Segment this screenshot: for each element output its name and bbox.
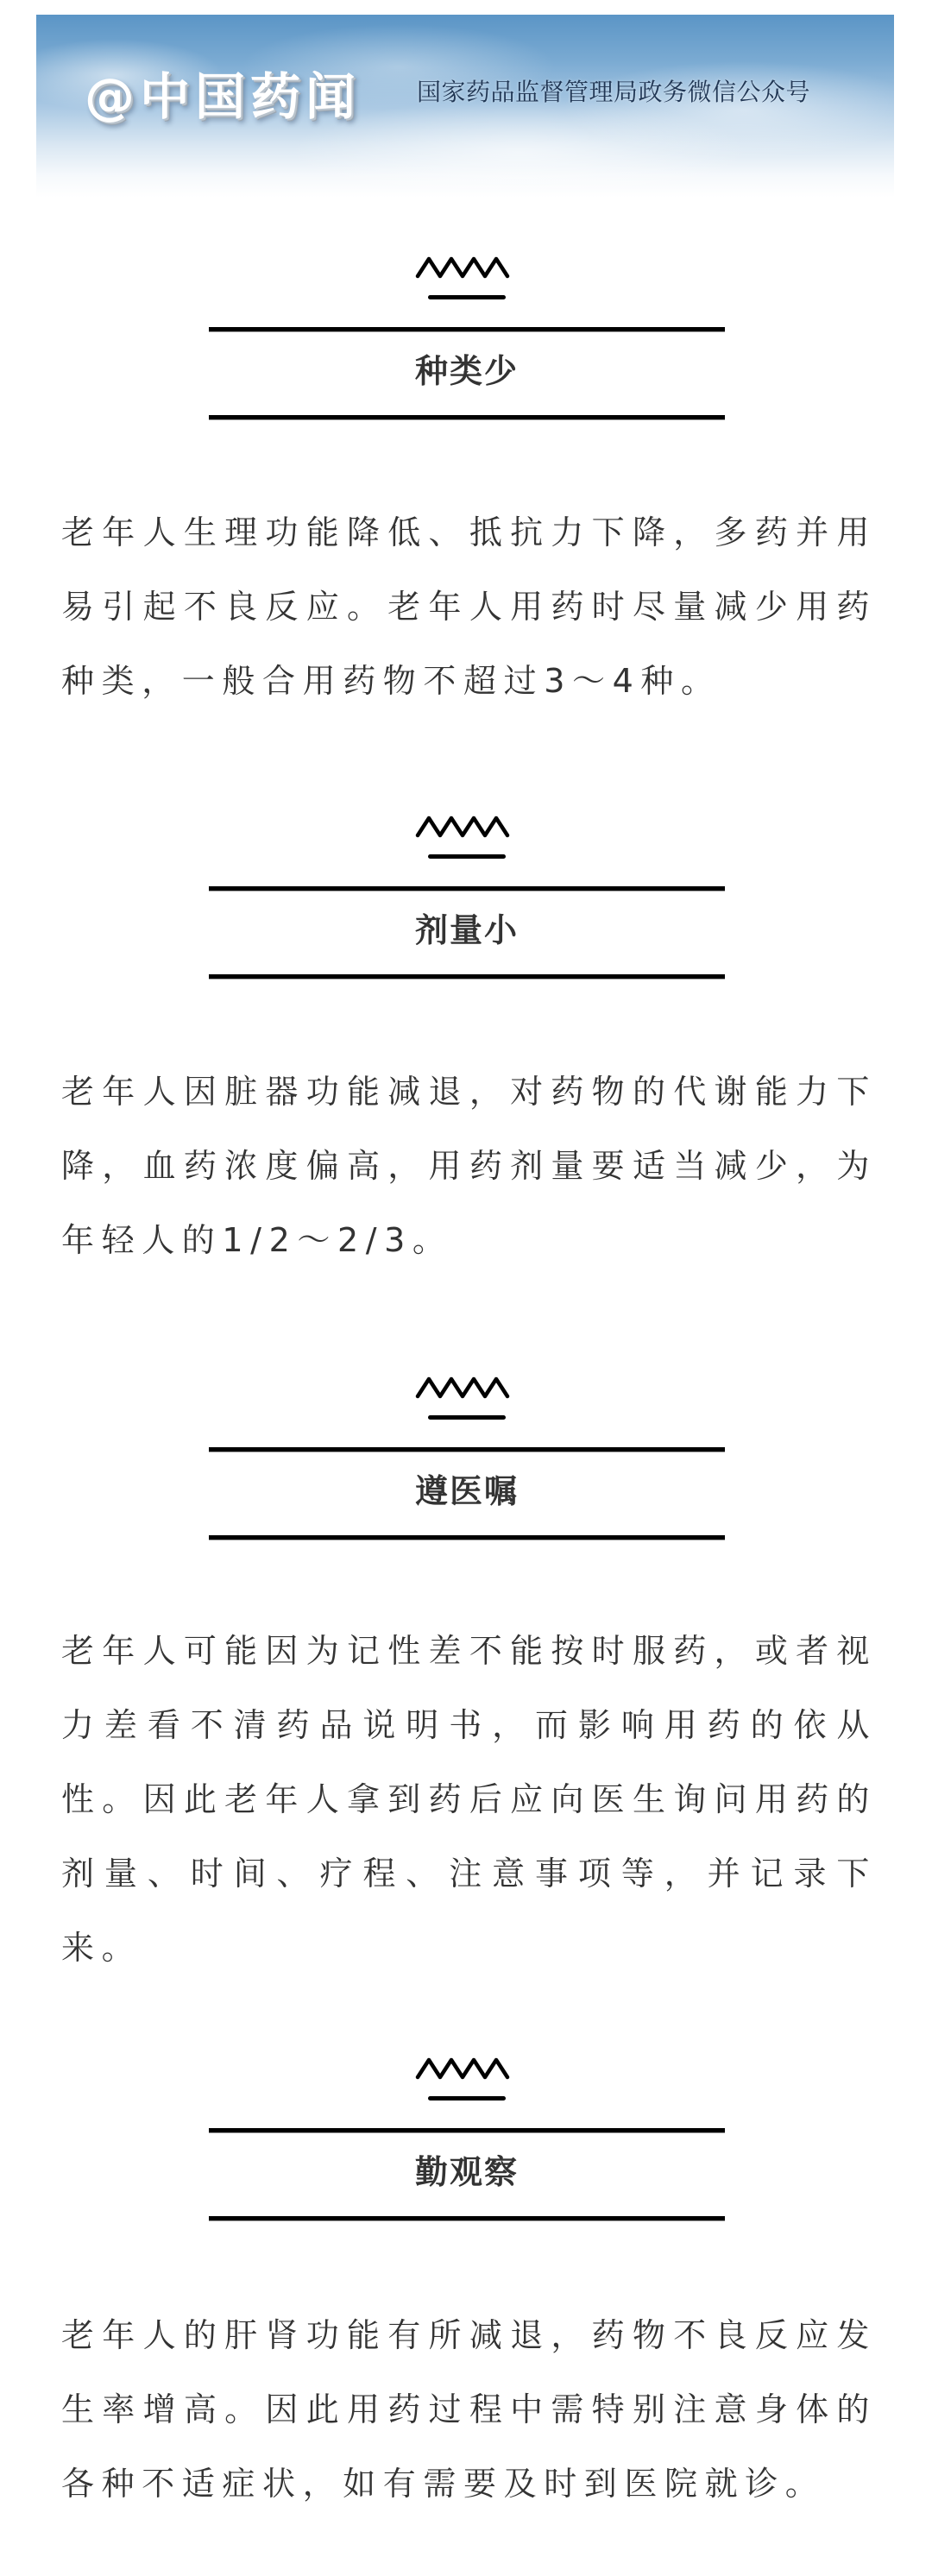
section-rule-bottom — [209, 2216, 725, 2220]
section-title: 遵医嘱 — [209, 1471, 725, 1511]
zigzag-wave-icon — [414, 1376, 518, 1400]
section-rule-top — [209, 327, 725, 331]
brand-logo: @中国药闻 — [85, 56, 361, 129]
section-rule-top — [209, 2128, 725, 2132]
section-title: 种类少 — [209, 351, 725, 391]
section-body-3: 老年人可能因为记性差不能按时服药，或者视力差看不清药品说明书，而影响用药的依从性… — [61, 1614, 877, 1985]
divider-dash — [428, 1415, 506, 1420]
banner-subtitle: 国家药品监督管理局政务微信公众号 — [417, 73, 810, 108]
section-header-1: 种类少 — [0, 255, 932, 419]
section-header-3: 遵医嘱 — [0, 1376, 932, 1540]
section-title: 剂量小 — [209, 910, 725, 950]
section-body-1: 老年人生理功能降低、抵抗力下降，多药并用易引起不良反应。老年人用药时尽量减少用药… — [61, 495, 877, 718]
section-rule-top — [209, 886, 725, 891]
section-header-2: 剂量小 — [0, 815, 932, 979]
section-rule-top — [209, 1447, 725, 1452]
divider-dash — [428, 2096, 506, 2100]
divider-dash — [428, 295, 506, 299]
zigzag-wave-icon — [414, 815, 518, 839]
divider-dash — [428, 854, 506, 859]
section-body-2: 老年人因脏器功能减退，对药物的代谢能力下降，血药浓度偏高，用药剂量要适当减少，为… — [61, 1055, 877, 1277]
zigzag-wave-icon — [414, 255, 518, 280]
section-title: 勤观察 — [209, 2152, 725, 2192]
section-rule-bottom — [209, 974, 725, 979]
zigzag-wave-icon — [414, 2056, 518, 2081]
section-body-4: 老年人的肝肾功能有所减退，药物不良反应发生率增高。因此用药过程中需特别注意身体的… — [61, 2298, 877, 2521]
section-rule-bottom — [209, 1535, 725, 1540]
section-rule-bottom — [209, 415, 725, 419]
header-banner: @中国药闻 国家药品监督管理局政务微信公众号 — [36, 15, 894, 198]
section-header-4: 勤观察 — [0, 2056, 932, 2220]
